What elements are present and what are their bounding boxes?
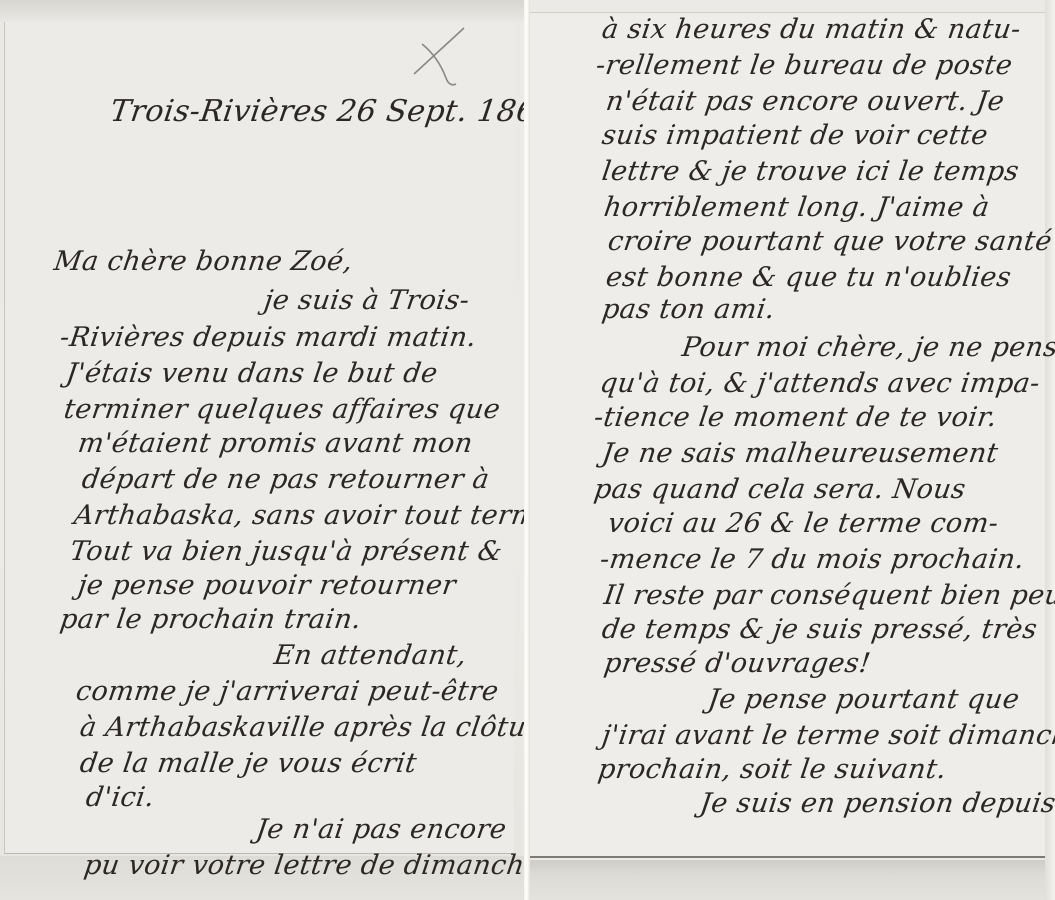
text-line: horriblement long. J'aime à	[602, 192, 992, 223]
text-line: Pour moi chère, je ne pense	[680, 332, 1055, 363]
text-line: Arthabaska, sans avoir tout terminé.	[72, 500, 592, 531]
text-line: d'ici.	[84, 782, 156, 813]
text-line: -mence le 7 du mois prochain.	[598, 544, 1027, 575]
text-line: j'irai avant le terme soit dimanche	[600, 720, 1055, 751]
text-line: croire pourtant que votre santé	[606, 226, 1054, 257]
text-line: Je pense pourtant que	[706, 684, 1021, 715]
text-line: J'étais venu dans le but de	[64, 358, 440, 389]
text-line: pas ton ami.	[600, 294, 777, 325]
text-line: -tience le moment de te voir.	[592, 402, 999, 433]
text-line: pu voir votre lettre de dimanche	[82, 850, 543, 881]
text-line: Il reste par conséquent bien peu	[602, 580, 1055, 611]
text-line: Tout va bien jusqu'à présent &	[68, 536, 504, 567]
text-line: comme je j'arriverai peut-être	[74, 676, 501, 707]
right-page: à six heures du matin & natu- -rellement…	[530, 0, 1055, 900]
text-line: -Rivières depuis mardi matin.	[58, 322, 479, 353]
text-line: En attendant,	[272, 640, 469, 671]
dateline: Trois-Rivières 26 Sept. 1867.	[108, 94, 568, 129]
salutation: Ma chère bonne Zoé,	[52, 246, 355, 277]
letter-spread: Trois-Rivières 26 Sept. 1867. Ma chère b…	[0, 0, 1055, 900]
left-page: Trois-Rivières 26 Sept. 1867. Ma chère b…	[0, 0, 524, 900]
text-line: est bonne & que tu n'oublies	[604, 262, 1013, 293]
text-line: je suis à Trois-	[262, 285, 471, 316]
text-line: lettre & je trouve ici le temps	[600, 156, 1021, 187]
text-line: suis impatient de voir cette	[600, 120, 990, 151]
text-line: pas quand cela sera. Nous	[592, 474, 968, 505]
text-line: je pense pouvoir retourner	[76, 570, 458, 601]
right-page-bottom-edge	[530, 860, 1055, 900]
text-line: de temps & je suis pressé, très	[600, 614, 1039, 645]
text-line: Je suis en pension depuis	[698, 788, 1055, 819]
text-line: de la malle je vous écrit	[78, 748, 419, 779]
text-line: par le prochain train.	[58, 604, 363, 635]
text-line: m'étaient promis avant mon	[76, 428, 475, 459]
text-line: à Arthabaskaville après la clôture	[78, 712, 558, 743]
text-line: Je n'ai pas encore	[254, 814, 509, 845]
text-line: prochain, soit le suivant.	[596, 754, 948, 785]
right-page-edge	[1045, 0, 1055, 900]
text-line: à six heures du matin & natu-	[600, 14, 1023, 45]
text-line: qu'à toi, & j'attends avec impa-	[598, 368, 1042, 399]
text-line: Je ne sais malheureusement	[600, 438, 1000, 469]
text-line: départ de ne pas retourner à	[80, 464, 491, 495]
text-line: terminer quelques affaires que	[62, 394, 502, 425]
text-line: pressé d'ouvrages!	[602, 648, 873, 679]
text-line: voici au 26 & le terme com-	[606, 508, 1000, 539]
pencil-x-mark-icon	[410, 26, 466, 90]
text-line: -rellement le bureau de poste	[594, 50, 1015, 81]
text-line: n'était pas encore ouvert. Je	[604, 86, 1006, 117]
